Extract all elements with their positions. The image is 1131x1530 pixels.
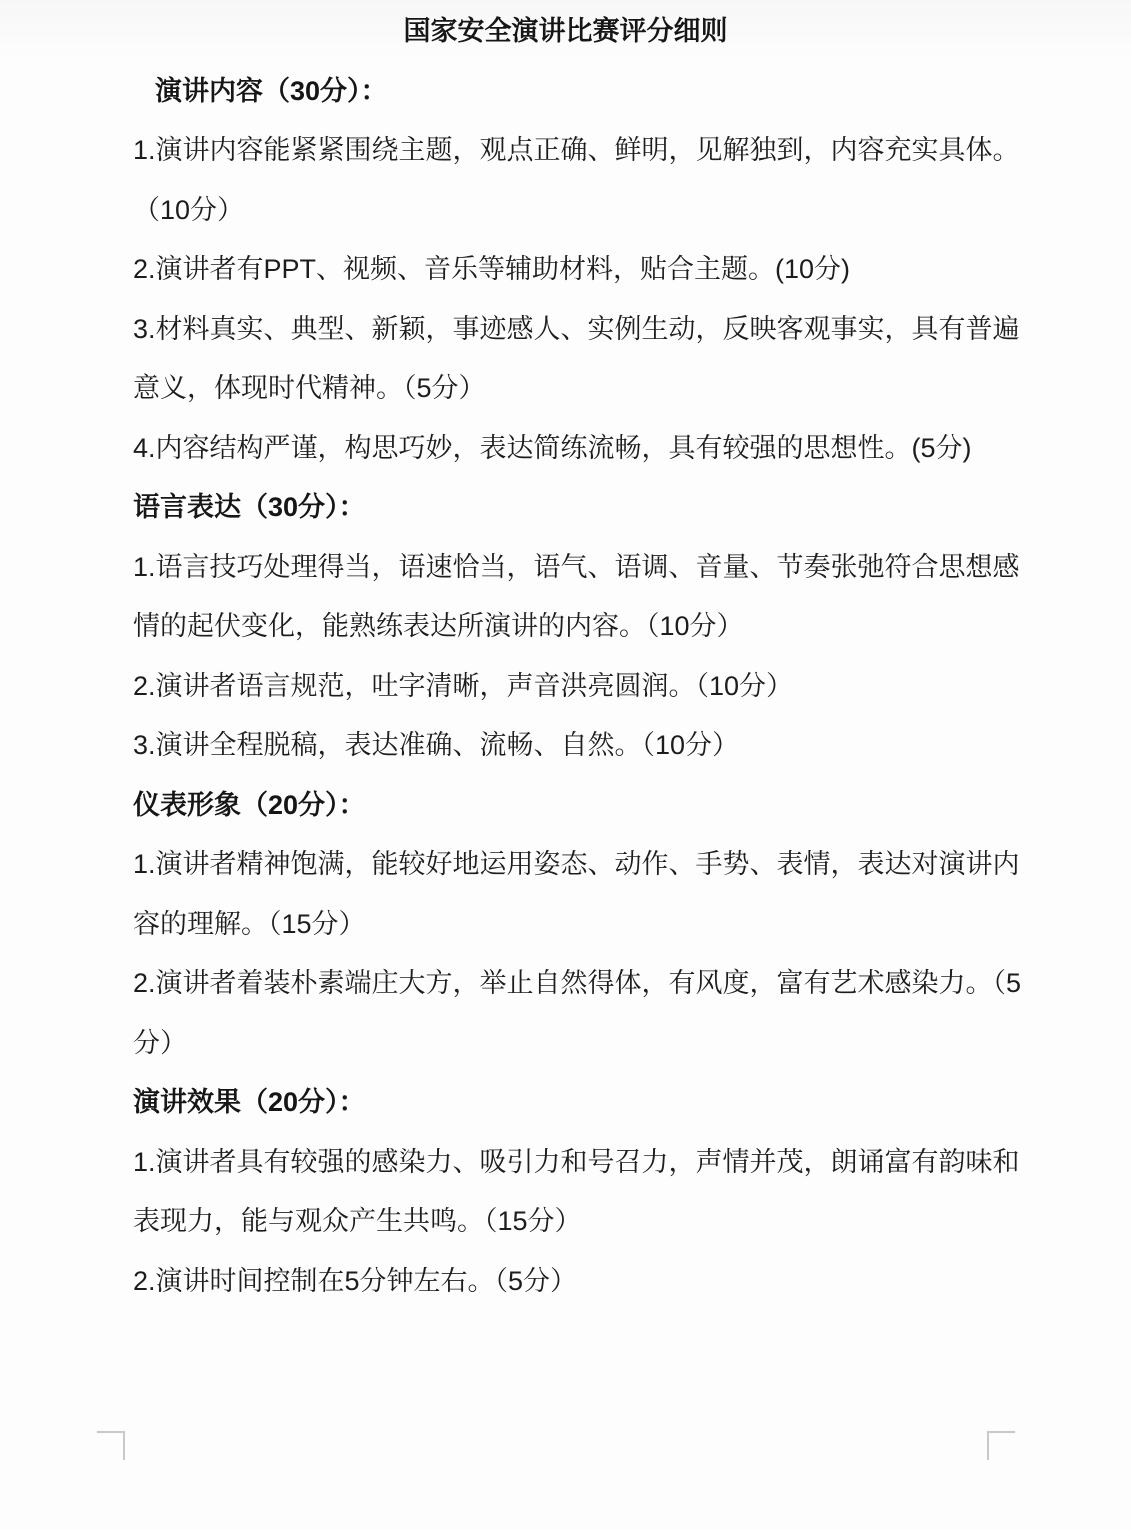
rule-line: 意义，体现时代精神。（5分）: [0, 359, 1131, 419]
doc-title: 国家安全演讲比赛评分细则: [0, 2, 1131, 62]
rule-line: 2.演讲者语言规范，吐字清晰，声音洪亮圆润。（10分）: [0, 657, 1131, 717]
fold-corner-right-icon: [987, 1431, 1015, 1460]
rule-line: 表现力，能与观众产生共鸣。（15分）: [0, 1192, 1131, 1252]
rule-line: 3.材料真实、典型、新颖，事迹感人、实例生动，反映客观事实，具有普遍: [0, 300, 1131, 360]
fold-corner-left-icon: [97, 1431, 125, 1460]
rule-line: 2.演讲者有PPT、视频、音乐等辅助材料，贴合主题。(10分): [0, 240, 1131, 300]
rule-line: 1.语言技巧处理得当，语速恰当，语气、语调、音量、节奏张弛符合思想感: [0, 538, 1131, 598]
rule-line: 1.演讲者精神饱满，能较好地运用姿态、动作、手势、表情，表达对演讲内: [0, 835, 1131, 895]
rule-line: 2.演讲者着装朴素端庄大方，举止自然得体，有风度，富有艺术感染力。（5: [0, 954, 1131, 1014]
section-heading-speech-content: 演讲内容（30分）：: [0, 62, 1131, 122]
document-body: 国家安全演讲比赛评分细则 演讲内容（30分）： 1.演讲内容能紧紧围绕主题，观点…: [0, 0, 1131, 1311]
section-heading-speech-effect: 演讲效果（20分）：: [0, 1073, 1131, 1133]
rule-line: 分）: [0, 1014, 1131, 1074]
section-heading-appearance-image: 仪表形象（20分）：: [0, 776, 1131, 836]
rule-line: 1.演讲内容能紧紧围绕主题，观点正确、鲜明，见解独到，内容充实具体。: [0, 121, 1131, 181]
rule-line: 2.演讲时间控制在5分钟左右。（5分）: [0, 1252, 1131, 1312]
document-page: 国家安全演讲比赛评分细则 演讲内容（30分）： 1.演讲内容能紧紧围绕主题，观点…: [0, 0, 1131, 1530]
rule-line: 容的理解。（15分）: [0, 895, 1131, 955]
rule-line: 4.内容结构严谨，构思巧妙，表达简练流畅，具有较强的思想性。(5分): [0, 419, 1131, 479]
rule-line: 1.演讲者具有较强的感染力、吸引力和号召力，声情并茂，朗诵富有韵味和: [0, 1133, 1131, 1193]
rule-line: 3.演讲全程脱稿，表达准确、流畅、自然。（10分）: [0, 716, 1131, 776]
rule-line: （10分）: [0, 181, 1131, 241]
rule-line: 情的起伏变化，能熟练表达所演讲的内容。（10分）: [0, 597, 1131, 657]
section-heading-language-expression: 语言表达（30分）：: [0, 478, 1131, 538]
